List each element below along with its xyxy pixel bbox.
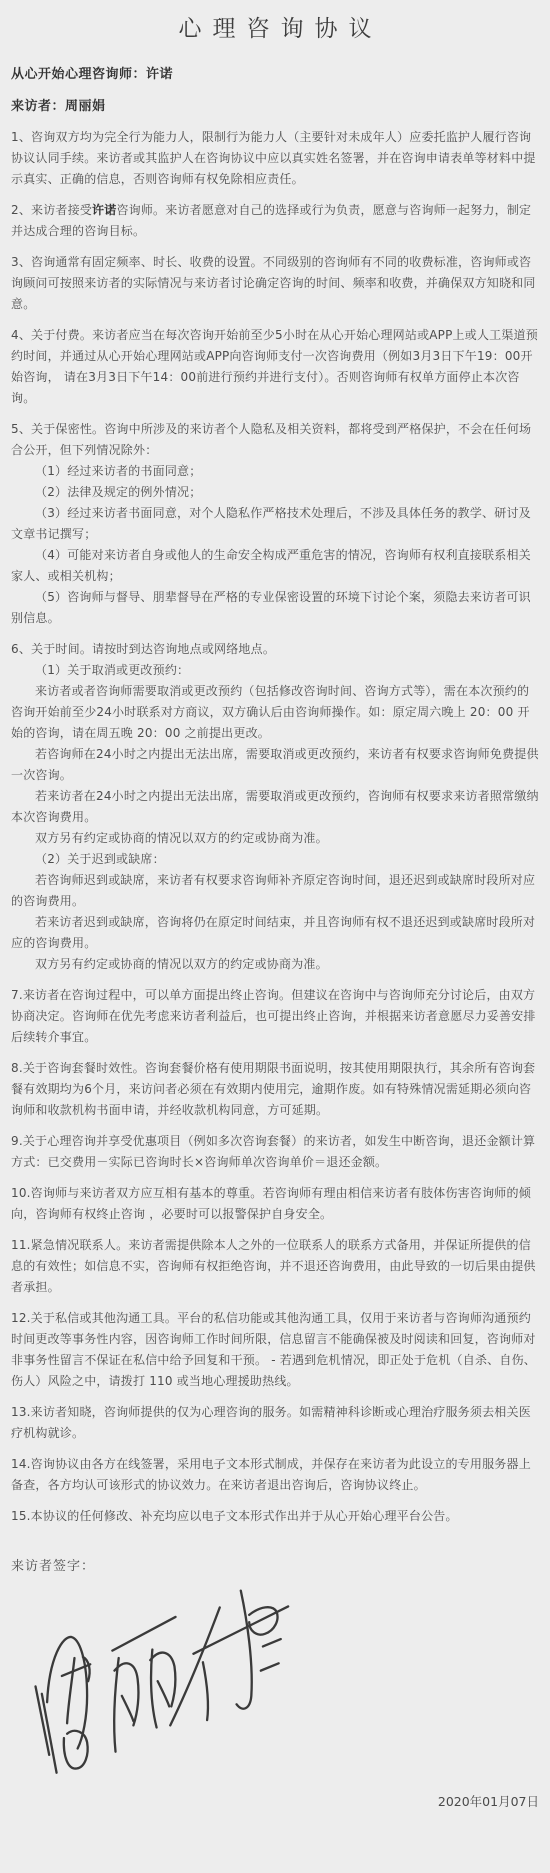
clause-5-item-1: （1）经过来访者的书面同意； [11,461,539,482]
clause-8: 8.关于咨询套餐时效性。咨询套餐价格有使用期限书面说明，按其使用期限执行，其余所… [11,1058,539,1121]
clause-6-line-8: 若来访者迟到或缺席，咨询将仍在原定时间结束，并且咨询师有权不退还迟到或缺席时段所… [11,912,539,954]
clause-3: 3、咨询通常有固定频率、时长、收费的设置。不同级别的咨询师有不同的收费标准，咨询… [11,252,539,315]
clause-13: 13.来访者知晓，咨询师提供的仅为心理咨询的服务。如需精神科诊断或心理治疗服务须… [11,1402,539,1444]
clause-15: 15.本协议的任何修改、补充均应以电子文本形式作出并于从心开始心理平台公告。 [11,1506,539,1527]
clause-11: 11.紧急情况联系人。来访者需提供除本人之外的一位联系人的联系方式备用，并保证所… [11,1235,539,1298]
clause-12: 12.关于私信或其他沟通工具。平台的私信功能或其他沟通工具，仅用于来访者与咨询师… [11,1308,539,1392]
clause-5-item-5: （5）咨询师与督导、朋辈督导在严格的专业保密设置的环境下讨论个案，须隐去来访者可… [11,587,539,629]
clause-5: 5、关于保密性。咨询中所涉及的来访者个人隐私及相关资料，都将受到严格保护，不会在… [11,419,539,629]
clause-2: 2、来访者接受许诺咨询师。来访者愿意对自己的选择或行为负责，愿意与咨询师一起努力… [11,200,539,242]
clause-6-line-1: （1）关于取消或更改预约： [11,660,539,681]
clause-6-line-3: 若咨询师在24小时之内提出无法出席，需要取消或更改预约，来访者有权要求咨询师免费… [11,744,539,786]
clause-5-main: 5、关于保密性。咨询中所涉及的来访者个人隐私及相关资料，都将受到严格保护，不会在… [11,419,539,461]
counselor-name-emphasis: 许诺 [92,203,116,217]
client-line: 来访者：周丽娟 [11,95,539,114]
clause-6-line-9: 双方另有约定或协商的情况以双方的约定或协商为准。 [11,954,539,975]
clause-6-line-4: 若来访者在24小时之内提出无法出席，需要取消或更改预约，咨询师有权要求来访者照常… [11,786,539,828]
clause-6-main: 6、关于时间。请按时到达咨询地点或网络地点。 [11,639,539,660]
clause-6-line-2: 来访者或者咨询师需要取消或更改预约（包括修改咨询时间、咨询方式等），需在本次预约… [11,681,539,744]
clause-5-item-4: （4）可能对来访者自身或他人的生命安全构成严重危害的情况，咨询师有权利直接联系相… [11,545,539,587]
clause-5-item-3: （3）经过来访者书面同意，对个人隐私作严格技术处理后，不涉及具体任务的教学、研讨… [11,503,539,545]
clause-6-line-6: （2）关于迟到或缺席： [11,849,539,870]
clause-5-item-2: （2）法律及规定的例外情况； [11,482,539,503]
clause-7: 7.来访者在咨询过程中，可以单方面提出终止咨询。但建议在咨询中与咨询师充分讨论后… [11,985,539,1048]
clause-6-line-5: 双方另有约定或协商的情况以双方的约定或协商为准。 [11,828,539,849]
clause-14: 14.咨询协议由各方在线签署，采用电子文本形式制成，并保存在来访者为此设立的专用… [11,1454,539,1496]
clause-6: 6、关于时间。请按时到达咨询地点或网络地点。 （1）关于取消或更改预约： 来访者… [11,639,539,975]
client-signature [25,1578,305,1778]
clause-6-line-7: 若咨询师迟到或缺席，来访者有权要求咨询师补齐原定咨询时间，退还迟到或缺席时段所对… [11,870,539,912]
agreement-date: 2020年01月07日 [11,1792,539,1810]
clause-9: 9.关于心理咨询并享受优惠项目（例如多次咨询套餐）的来访者，如发生中断咨询，退还… [11,1131,539,1173]
page-title: 心理咨询协议 [11,10,539,43]
signature-label: 来访者签字： [11,1555,539,1574]
clause-1: 1、咨询双方均为完全行为能力人，限制行为能力人（主要针对未成年人）应委托监护人履… [11,127,539,190]
counselor-line: 从心开始心理咨询师：许诺 [11,63,539,82]
clause-2-pre: 2、来访者接受 [11,203,92,217]
signature-strokes [36,1591,289,1773]
clause-10: 10.咨询师与来访者双方应互相有基本的尊重。若咨询师有理由相信来访者有肢体伤害咨… [11,1183,539,1225]
agreement-document: 心理咨询协议 从心开始心理咨询师：许诺 来访者：周丽娟 1、咨询双方均为完全行为… [0,0,550,1873]
signature-drawing [25,1578,305,1778]
clause-4: 4、关于付费。来访者应当在每次咨询开始前至少5小时在从心开始心理网站或APP上或… [11,325,539,409]
